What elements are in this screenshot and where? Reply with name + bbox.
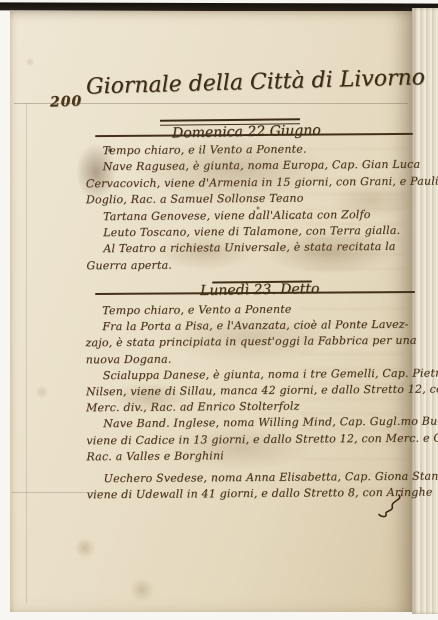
manuscript-line: viene di Cadice in 13 giorni, e dallo St… xyxy=(86,430,414,449)
manuscript-line: Guerra aperta. xyxy=(86,256,414,275)
pencil-margin-line-vertical xyxy=(26,103,27,603)
folio-number: 200 xyxy=(50,93,83,110)
entry-body-lunedi: Tempo chiaro, e Vento a Ponente Fra la P… xyxy=(85,301,415,504)
manuscript-line: Rac. a Valles e Borghini xyxy=(86,447,414,466)
manuscript-scan: 200 Giornale della Città di Livorno Dome… xyxy=(0,0,438,620)
manuscript-line: zajo, è stata principiata in quest'oggi … xyxy=(85,333,413,352)
entry-body-domenica: Tempo chiaro, e il Vento a Ponente. Nave… xyxy=(85,141,414,275)
manuscript-line: Cervacovich, viene d'Armenia in 15 giorn… xyxy=(86,174,414,193)
entry-date-header: Lunedì 23. Detto xyxy=(200,281,320,299)
book-fore-edge xyxy=(412,8,438,614)
entry-date-header: Domenica 22 Giugno xyxy=(172,122,321,141)
manuscript-line: Al Teatro a richiesta Universale, è stat… xyxy=(86,239,414,258)
manuscript-line: viene di Udewall in 41 giorni, e dallo S… xyxy=(87,485,415,504)
paraph-flourish-icon xyxy=(376,490,404,525)
manuscript-line: Nilsen, viene di Sillau, manca 42 giorni… xyxy=(86,382,414,401)
